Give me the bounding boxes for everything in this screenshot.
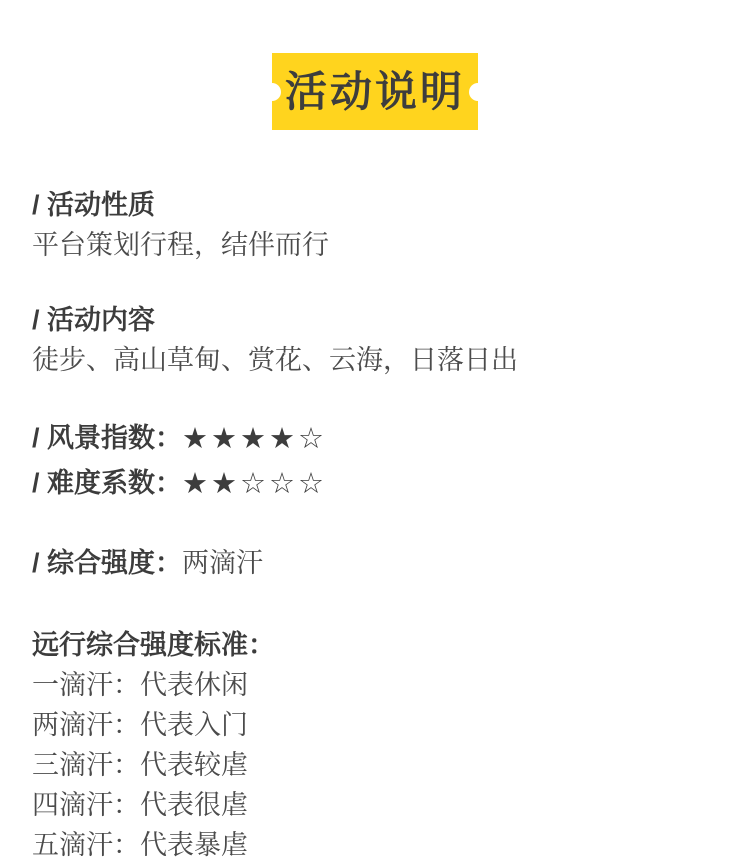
difficulty-index-label: / 难度系数： xyxy=(32,468,182,498)
standard-item-one-drop: 一滴汗：代表休闲 xyxy=(32,665,720,705)
standard-item-two-drops: 两滴汗：代表入门 xyxy=(32,705,720,745)
section-activity-nature: / 活动性质 平台策划行程，结伴而行 xyxy=(32,185,720,265)
difficulty-star-rating-icon: ★★☆☆☆ xyxy=(182,466,327,500)
scenery-index-label: / 风景指数： xyxy=(32,423,182,453)
rating-row-difficulty: / 难度系数：★★☆☆☆ xyxy=(32,463,720,508)
activity-content-body: 徒步、高山草甸、赏花、云海，日落日出 xyxy=(32,340,720,380)
overall-intensity-value: 两滴汗 xyxy=(182,548,263,578)
banner-title: 活动说明 xyxy=(285,71,465,113)
ticket-notch-right-icon xyxy=(469,83,487,101)
ticket-banner: 活动说明 xyxy=(272,53,478,130)
standard-item-three-drops: 三滴汗：代表较虐 xyxy=(32,745,720,785)
activity-nature-heading: / 活动性质 xyxy=(32,185,720,225)
standard-item-five-drops: 五滴汗：代表暴虐 xyxy=(32,825,720,865)
activity-nature-body: 平台策划行程，结伴而行 xyxy=(32,225,720,265)
activity-description-page: 活动说明 / 活动性质 平台策划行程，结伴而行 / 活动内容 徒步、高山草甸、赏… xyxy=(0,0,750,865)
overall-intensity-label: / 综合强度： xyxy=(32,548,182,578)
rating-row-scenery: / 风景指数：★★★★☆ xyxy=(32,418,720,463)
activity-content-heading: / 活动内容 xyxy=(32,300,720,340)
content-area: / 活动性质 平台策划行程，结伴而行 / 活动内容 徒步、高山草甸、赏花、云海，… xyxy=(0,185,750,865)
ratings-block: / 风景指数：★★★★☆ / 难度系数：★★☆☆☆ xyxy=(32,418,720,508)
section-intensity-standards: 远行综合强度标准： 一滴汗：代表休闲 两滴汗：代表入门 三滴汗：代表较虐 四滴汗… xyxy=(32,625,720,865)
standard-item-four-drops: 四滴汗：代表很虐 xyxy=(32,785,720,825)
ticket-notch-left-icon xyxy=(263,83,281,101)
standards-heading: 远行综合强度标准： xyxy=(32,625,720,665)
scenery-star-rating-icon: ★★★★☆ xyxy=(182,421,327,455)
section-overall-intensity: / 综合强度：两滴汗 xyxy=(32,543,720,588)
section-activity-content: / 活动内容 徒步、高山草甸、赏花、云海，日落日出 xyxy=(32,300,720,380)
